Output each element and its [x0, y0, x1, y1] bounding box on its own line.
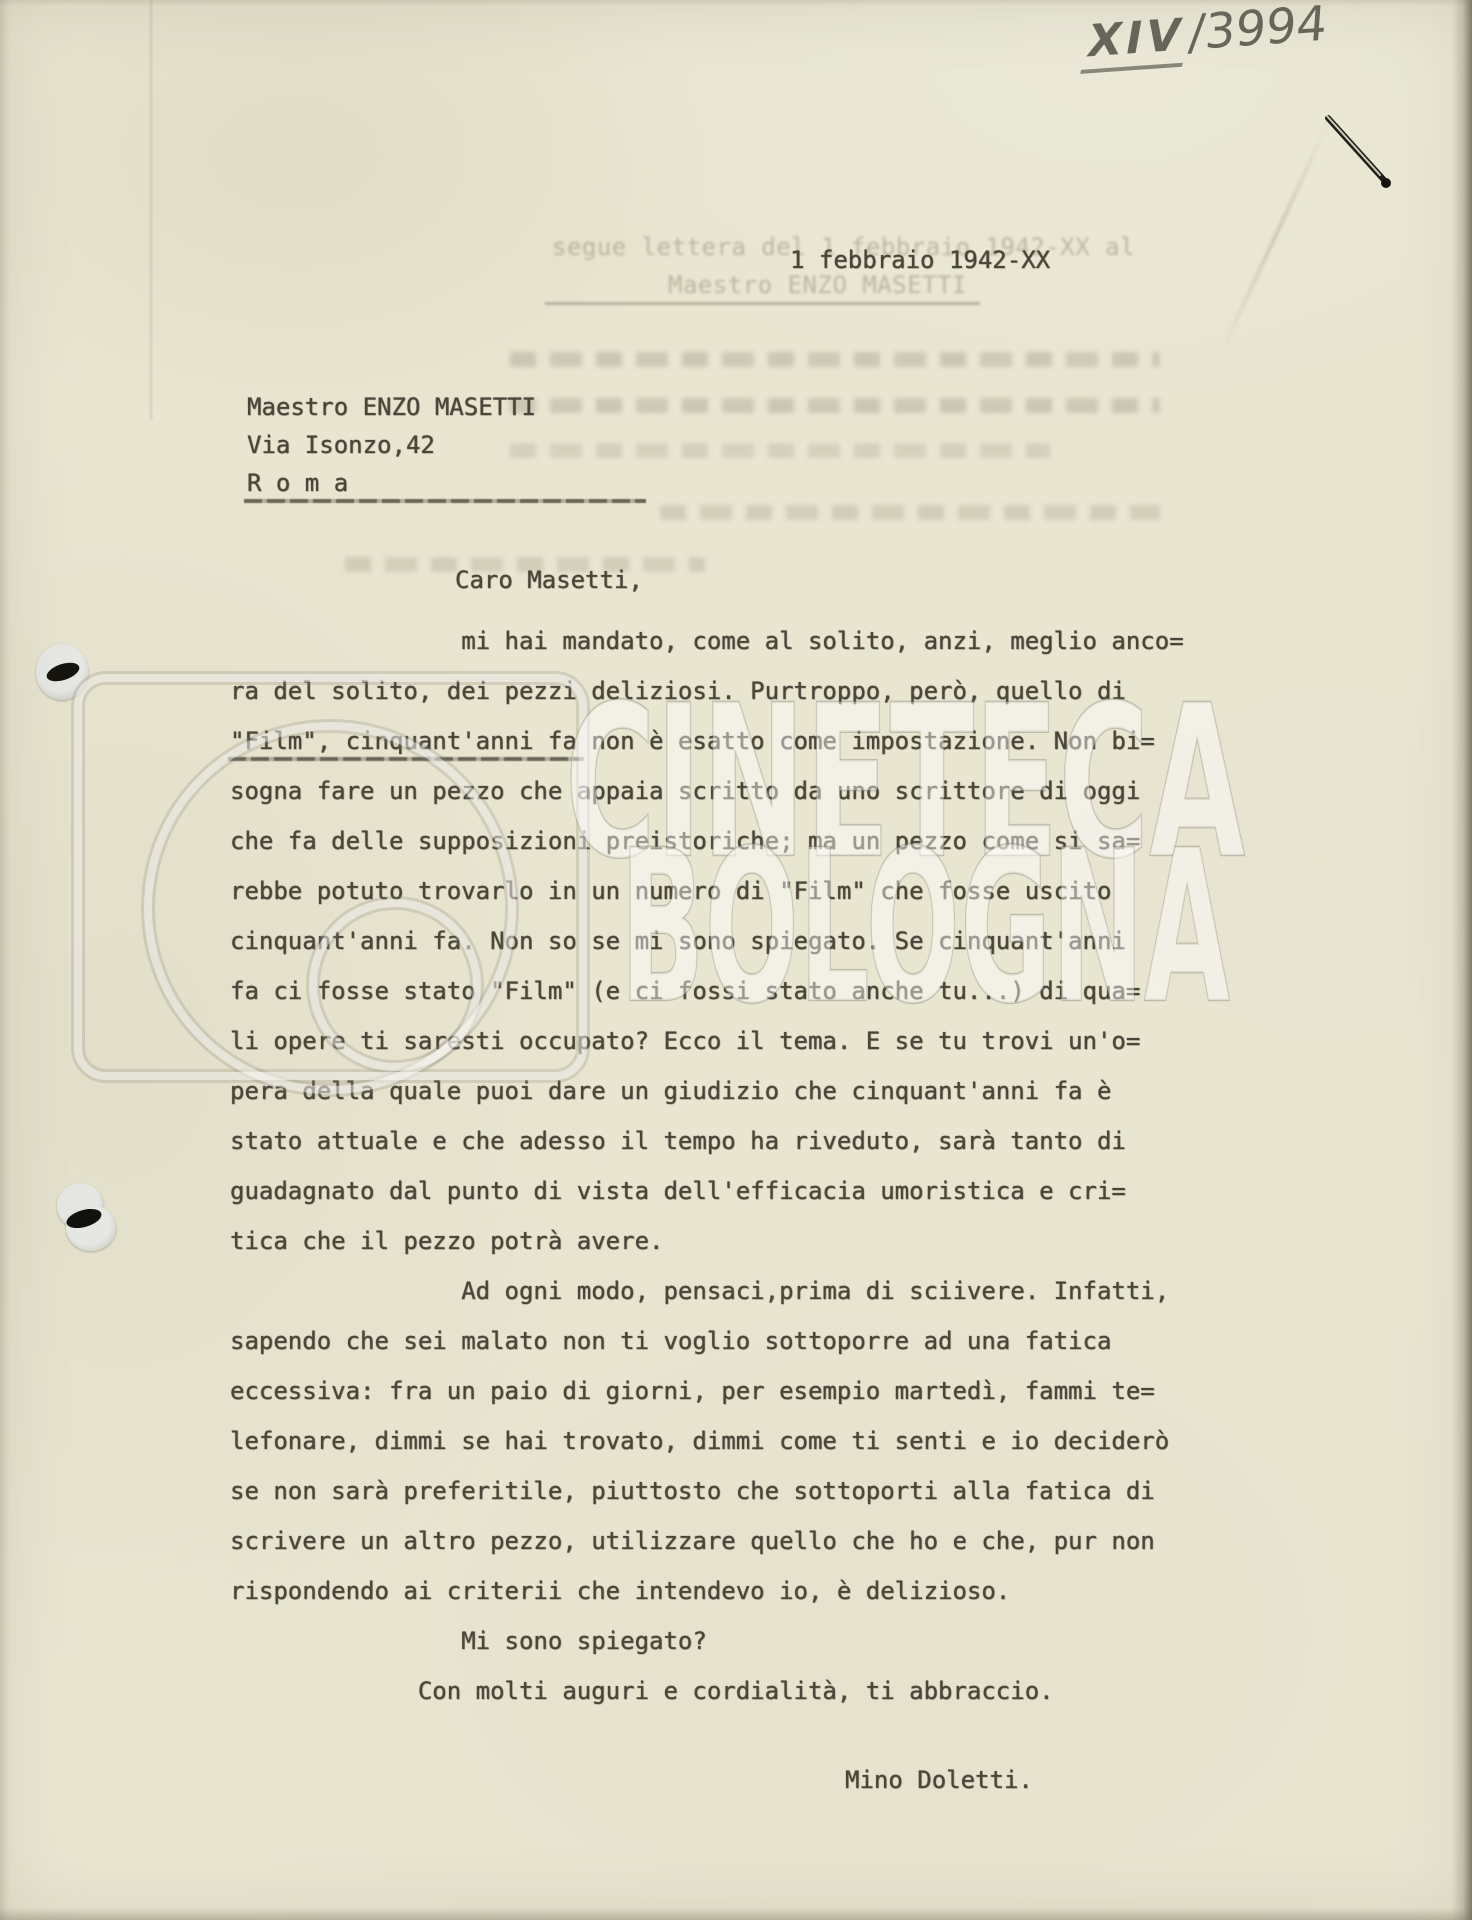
- handwritten-archive-code: XIV/3994: [1083, 0, 1329, 73]
- bleed-through-smudge: [510, 398, 1160, 413]
- paper-crease: [150, 0, 152, 420]
- letter-body: mi hai mandato, come al solito, anzi, me…: [230, 616, 1184, 1716]
- scan-edge-shadow: [0, 0, 10, 1920]
- scan-edge-shadow: [0, 1908, 1472, 1920]
- archive-code-number: /3994: [1187, 0, 1329, 61]
- scan-edge-shadow: [1452, 0, 1472, 1920]
- salutation: Caro Masetti,: [455, 566, 643, 594]
- letter-page: XIV/3994 segue lettera del 1 febbraio 19…: [0, 0, 1472, 1920]
- film-phrase-underline: [228, 757, 584, 761]
- bleed-through-underline: [545, 302, 980, 305]
- recipient-address: Maestro ENZO MASETTI Via Isonzo,42 R o m…: [247, 388, 536, 502]
- bleed-through-smudge: [510, 352, 1160, 367]
- signature: Mino Doletti.: [845, 1766, 1033, 1794]
- bleed-through-smudge: [510, 443, 1050, 458]
- bleed-through-line: Maestro ENZO MASETTI: [668, 271, 967, 299]
- bleed-through-smudge: [660, 505, 1160, 520]
- letter-date: 1 febbraio 1942-XX: [790, 246, 1050, 274]
- staple-mark-icon: [1300, 100, 1420, 210]
- roma-underline: [244, 499, 646, 503]
- archive-code-roman: XIV: [1080, 9, 1192, 74]
